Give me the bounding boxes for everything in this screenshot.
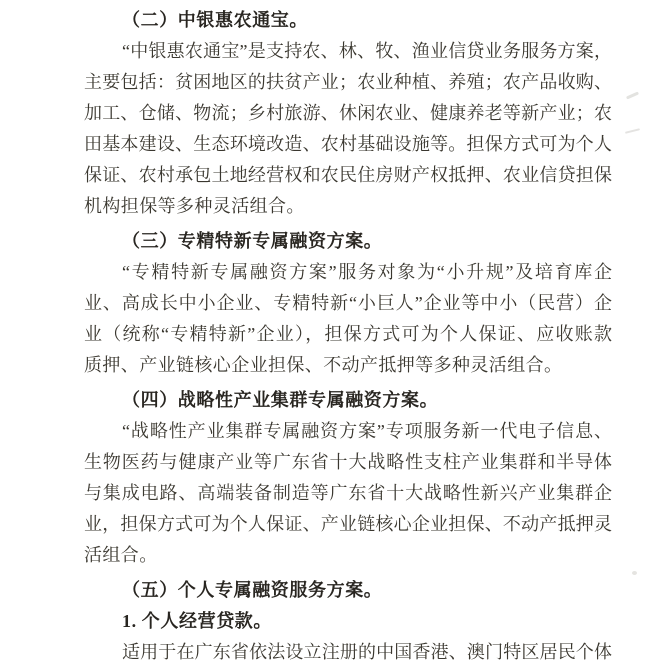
heading-line: （三）专精特新专属融资方案。 [84, 226, 612, 257]
scan-artifact [632, 571, 637, 575]
text-line: 机构担保等多种灵活组合。 [84, 191, 612, 222]
scan-artifact [626, 91, 639, 99]
text-line: 业，担保方式可为个人保证、产业链核心企业担保、不动产抵押灵 [84, 509, 612, 540]
text-line: “中银惠农通宝”是支持农、林、牧、渔业信贷业务服务方案， [84, 36, 612, 67]
text-line: 生物医药与健康产业等广东省十大战略性支柱产业集群和半导体 [84, 447, 612, 478]
text-line: 业、高成长中小企业、专精特新“小巨人”企业等中小（民营）企 [84, 288, 612, 319]
text-line: “战略性产业集群专属融资方案”专项服务新一代电子信息、 [84, 416, 612, 447]
text-line: 业（统称“专精特新”企业），担保方式可为个人保证、应收账款 [84, 319, 612, 350]
text-line: 适用于在广东省依法设立注册的中国香港、澳门特区居民个体 [84, 637, 612, 664]
text-line: 田基本建设、生态环境改造、农村基础设施等。担保方式可为个人 [84, 129, 612, 160]
text-line: 活组合。 [84, 540, 612, 571]
text-line: 质押、产业链核心企业担保、不动产抵押等多种灵活组合。 [84, 350, 612, 381]
text-line: 与集成电路、高端装备制造等广东省十大战略性新兴产业集群企 [84, 478, 612, 509]
document-content: （二）中银惠农通宝。“中银惠农通宝”是支持农、林、牧、渔业信贷业务服务方案，主要… [84, 5, 612, 664]
heading-line: （二）中银惠农通宝。 [84, 5, 612, 36]
scan-artifact [625, 128, 640, 134]
heading-line: （四）战略性产业集群专属融资方案。 [84, 385, 612, 416]
text-line: 主要包括：贫困地区的扶贫产业；农业种植、养殖；农产品收购、 [84, 67, 612, 98]
text-line: 保证、农村承包土地经营权和农民住房财产权抵押、农业信贷担保 [84, 160, 612, 191]
heading-line: （五）个人专属融资服务方案。 [84, 575, 612, 606]
subheading-line: 1. 个人经营贷款。 [84, 606, 612, 637]
text-line: “专精特新专属融资方案”服务对象为“小升规”及培育库企 [84, 257, 612, 288]
text-line: 加工、仓储、物流；乡村旅游、休闲农业、健康养老等新产业；农 [84, 98, 612, 129]
document-page: （二）中银惠农通宝。“中银惠农通宝”是支持农、林、牧、渔业信贷业务服务方案，主要… [0, 0, 650, 664]
